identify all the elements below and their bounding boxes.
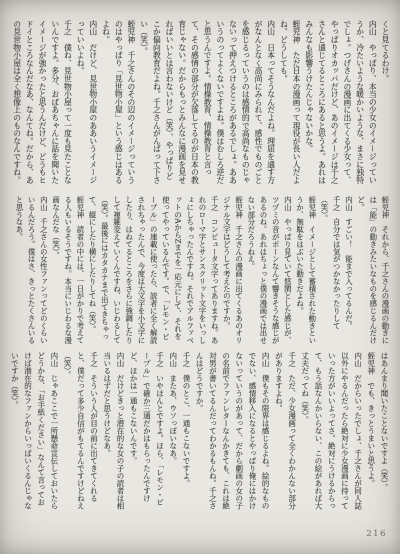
dialogue-paragraph: 千之 僕のとこ、一通もこないですよ。 (180, 352, 193, 510)
dialogue-paragraph: 内山 やっぱり、本当の少女のイメージっていうか、冷たいような暖かいような、まさに… (302, 20, 378, 187)
dialogue-paragraph: 千之 いやほんとですよ。ほら、「レモン・ピープル」で確か三通だかはもらったんです… (127, 352, 167, 510)
dialogue-paragraph: 内山 だからいったでしょ、千之さんが同人誌以外にやるんだったら絶対に少女漫画に持… (299, 352, 365, 510)
dialogue-paragraph: 千之 蛭児神さんなんかもそういうけど、僕 (11, 196, 13, 345)
dialogue-paragraph: 千之 コンピュータ文字ってありますね。あれのローマ字とサンスクリット文字をいっし… (86, 196, 220, 345)
dialogue-paragraph: 蛭児神 ただ日本の漫画って現役が長い人だよね。どうしても。 (277, 20, 302, 187)
dialogue-paragraph: 内山 僕もその限界は感じるよね。絵的なものでない、感情移入になるとやっぱり俺には… (193, 352, 272, 510)
dialogue-paragraph: 蛭児神 イメージとして蓄積された動きというか、無駄をはぶいた動きだよね。 (293, 196, 317, 345)
scanned-book-page: くと見てるわけ。 内山 やっぱり、本当の少女のイメージっていうか、冷たいような暖… (0, 0, 400, 554)
dialogue-paragraph: 千之 そういう人が目の前に出てきてくれると、僕だって多少自信がもてるんですけどね… (61, 352, 101, 510)
dialogue-paragraph: 蛭児神 それから、千之さんの漫画の動きには「能」の動きみたいなものを感じるんだけ… (354, 196, 391, 345)
dialogue-paragraph: 内山 だけど、見世物小屋のああいうイメージっていいよね。 (73, 20, 98, 187)
dialogue-paragraph: 千之 自分では気がつかなかったりして（笑）。 (318, 196, 342, 345)
dialogue-paragraph: 内山 日本ってそうなんだよね。理屈を通す方がなんとなく高尚にみられて、感性でもの… (137, 20, 277, 187)
dialogue-paragraph: はあんまり聞いたことないですよ（笑）。 (378, 352, 391, 510)
dialogue-paragraph: 内山 またあ、ウソっぽいなあ。 (167, 352, 180, 510)
page-number: 216 (366, 529, 387, 539)
dialogue-paragraph: 蛭児神 でも、きっとうまいと思うよ。 (365, 352, 378, 510)
dialogue-paragraph: 蛭児神 千之さんの漫画に出てくるあのオリジナル文字はどうして考えたのですか。 (220, 196, 244, 345)
dialogue-paragraph: 千之 ただ、少女漫画って全くわかんない部分がありますよね。 (272, 352, 298, 510)
dialogue-paragraph: 内山 千之さんの女性ファンってどのくらいいるんだろう。僕はさ、きっとたくさんいる… (13, 196, 50, 345)
text-band-top: くと見てるわけ。 内山 やっぱり、本当の少女のイメージっていうか、冷たいような暖… (7, 20, 391, 187)
text-band-bottom: はあんまり聞いたことないですよ（笑）。 蛭児神 でも、きっとうまいと思うよ。 内… (5, 352, 391, 510)
dialogue-paragraph: くと見てるわけ。 (378, 20, 391, 187)
dialogue-paragraph: 内山 じゃあここで一所懸命宣伝しておいたらどうかな、「お手紙ください」なんて言っ… (8, 352, 61, 510)
dialogue-paragraph: 内山 すごい！ 能まで入ってるんだ。 (342, 196, 354, 345)
dialogue-paragraph: 千之 僕ね、見世物小屋って一度も見たことないんですよ。多分、おばあちゃんに話を聞… (10, 20, 74, 187)
dialogue-paragraph: 内山 やっぱり見ていて悠閑とした感じが、ツヅミの音がポーンなんて響きそうな感じが… (245, 196, 294, 345)
dialogue-paragraph: 内山 だけどきっと潜在的な女の子の読者は相当いるはずだと思うけどなあ。 (101, 352, 127, 510)
dialogue-paragraph: 蛭児神 読者の中には、一日がかりで考えてる人もいるそうですね。本当にいじわるな漫… (49, 196, 86, 345)
dialogue-paragraph: 蛭児神 千之さんのその辺のイメージっていうのはやっぱり「見世物小屋」という感じは… (99, 20, 137, 187)
text-band-middle: 蛭児神 それから、千之さんの漫画の動きには「能」の動きみたいなものを感じるんだけ… (11, 196, 391, 345)
